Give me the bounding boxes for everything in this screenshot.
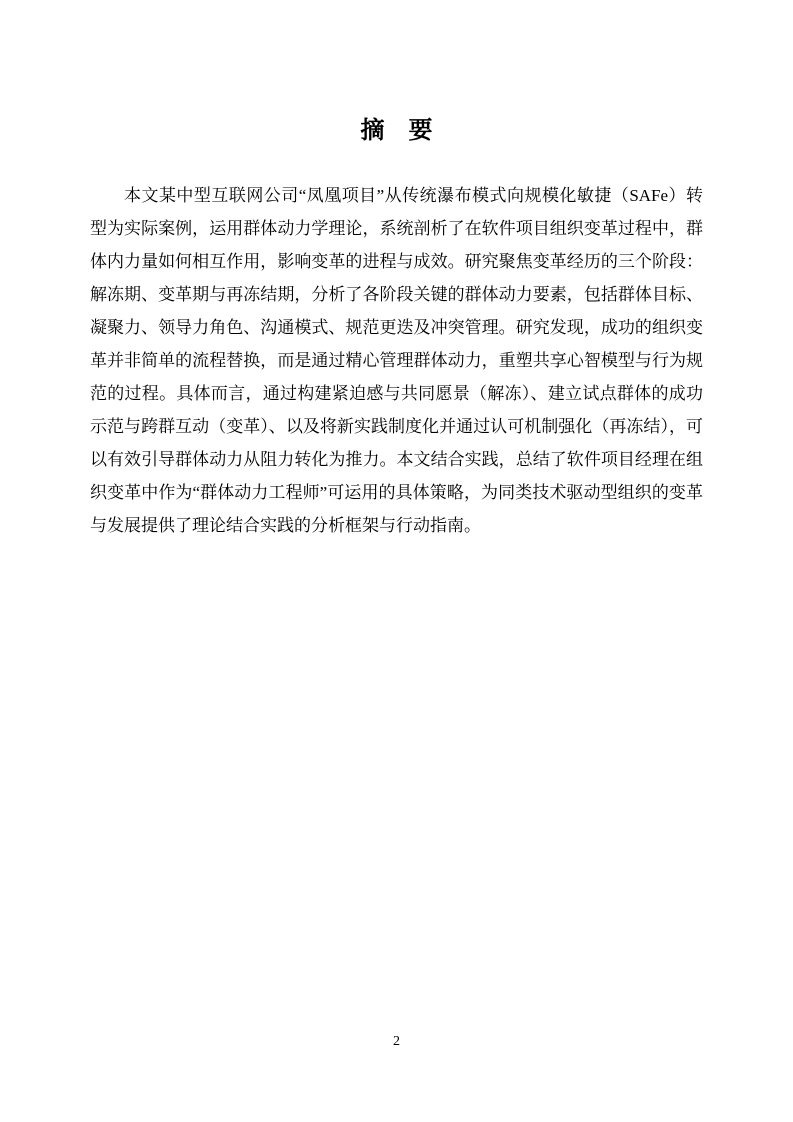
document-page: 摘 要 本文某中型互联网公司“凤凰项目”从传统瀑布模式向规模化敏捷（SAFe）转…: [0, 0, 793, 1122]
abstract-paragraph: 本文某中型互联网公司“凤凰项目”从传统瀑布模式向规模化敏捷（SAFe）转型为实际…: [90, 179, 703, 542]
page-number: 2: [0, 1032, 793, 1052]
abstract-title: 摘 要: [0, 116, 793, 147]
